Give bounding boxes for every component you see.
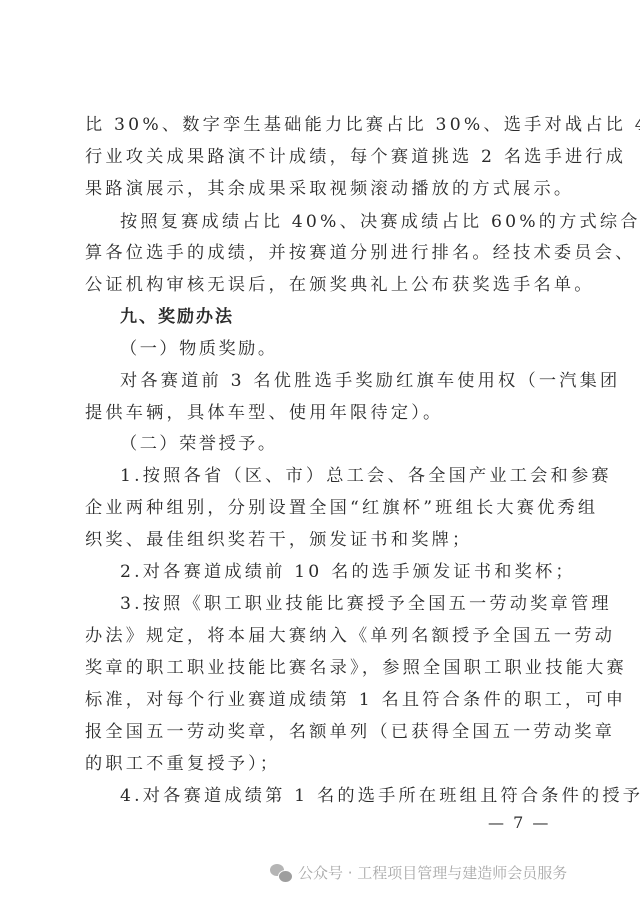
text-line: 果路演展示，其余成果采取视频滚动播放的方式展示。: [85, 177, 555, 201]
text-line: 行业攻关成果路演不计成绩，每个赛道挑选 2 名选手进行成: [85, 145, 555, 169]
text-line: 办法》规定，将本届大赛纳入《单列名额授予全国五一劳动: [85, 624, 555, 648]
text-line: 4.对各赛道成绩第 1 名的选手所在班组且符合条件的授予: [120, 784, 555, 808]
section-heading: 九、奖励办法: [120, 305, 555, 329]
text-line: 提供车辆，具体车型、使用年限待定）。: [85, 401, 555, 425]
text-line: 企业两种组别，分别设置全国“红旗杯”班组长大赛优秀组: [85, 496, 555, 520]
text-line: 对各赛道前 3 名优胜选手奖励红旗车使用权（一汽集团: [120, 369, 555, 393]
text-line: 3.按照《职工职业技能比赛授予全国五一劳动奖章管理: [120, 592, 555, 616]
subsection-heading: （一）物质奖励。: [120, 337, 555, 361]
wechat-icon: [270, 864, 292, 882]
page-number: — 7 —: [488, 813, 550, 832]
text-line: 标准，对每个行业赛道成绩第 1 名且符合条件的职工，可申: [85, 688, 555, 712]
text-line: 算各位选手的成绩，并按赛道分别进行排名。经技术委员会、: [85, 241, 555, 265]
text-line: 比 30%、数字孪生基础能力比赛占比 30%、选手对战占比 40%，: [85, 113, 555, 137]
watermark-text: 公众号 · 工程项目管理与建造师会员服务: [298, 862, 567, 883]
text-line: 1.按照各省（区、市）总工会、各全国产业工会和参赛: [120, 464, 555, 488]
text-line: 按照复赛成绩占比 40%、决赛成绩占比 60%的方式综合计: [120, 210, 555, 234]
wechat-watermark: 公众号 · 工程项目管理与建造师会员服务: [270, 862, 567, 883]
text-line: 奖章的职工职业技能比赛名录》，参照全国职工职业技能大赛: [85, 656, 555, 680]
text-line: 的职工不重复授予）；: [85, 752, 555, 776]
text-line: 报全国五一劳动奖章，名额单列（已获得全国五一劳动奖章: [85, 720, 555, 744]
document-page: 比 30%、数字孪生基础能力比赛占比 30%、选手对战占比 40%， 行业攻关成…: [0, 0, 640, 905]
subsection-heading: （二）荣誉授予。: [120, 432, 555, 456]
text-line: 公证机构审核无误后，在颁奖典礼上公布获奖选手名单。: [85, 273, 555, 297]
text-line: 2.对各赛道成绩前 10 名的选手颁发证书和奖杯；: [120, 560, 555, 584]
text-line: 织奖、最佳组织奖若干，颁发证书和奖牌；: [85, 528, 555, 552]
